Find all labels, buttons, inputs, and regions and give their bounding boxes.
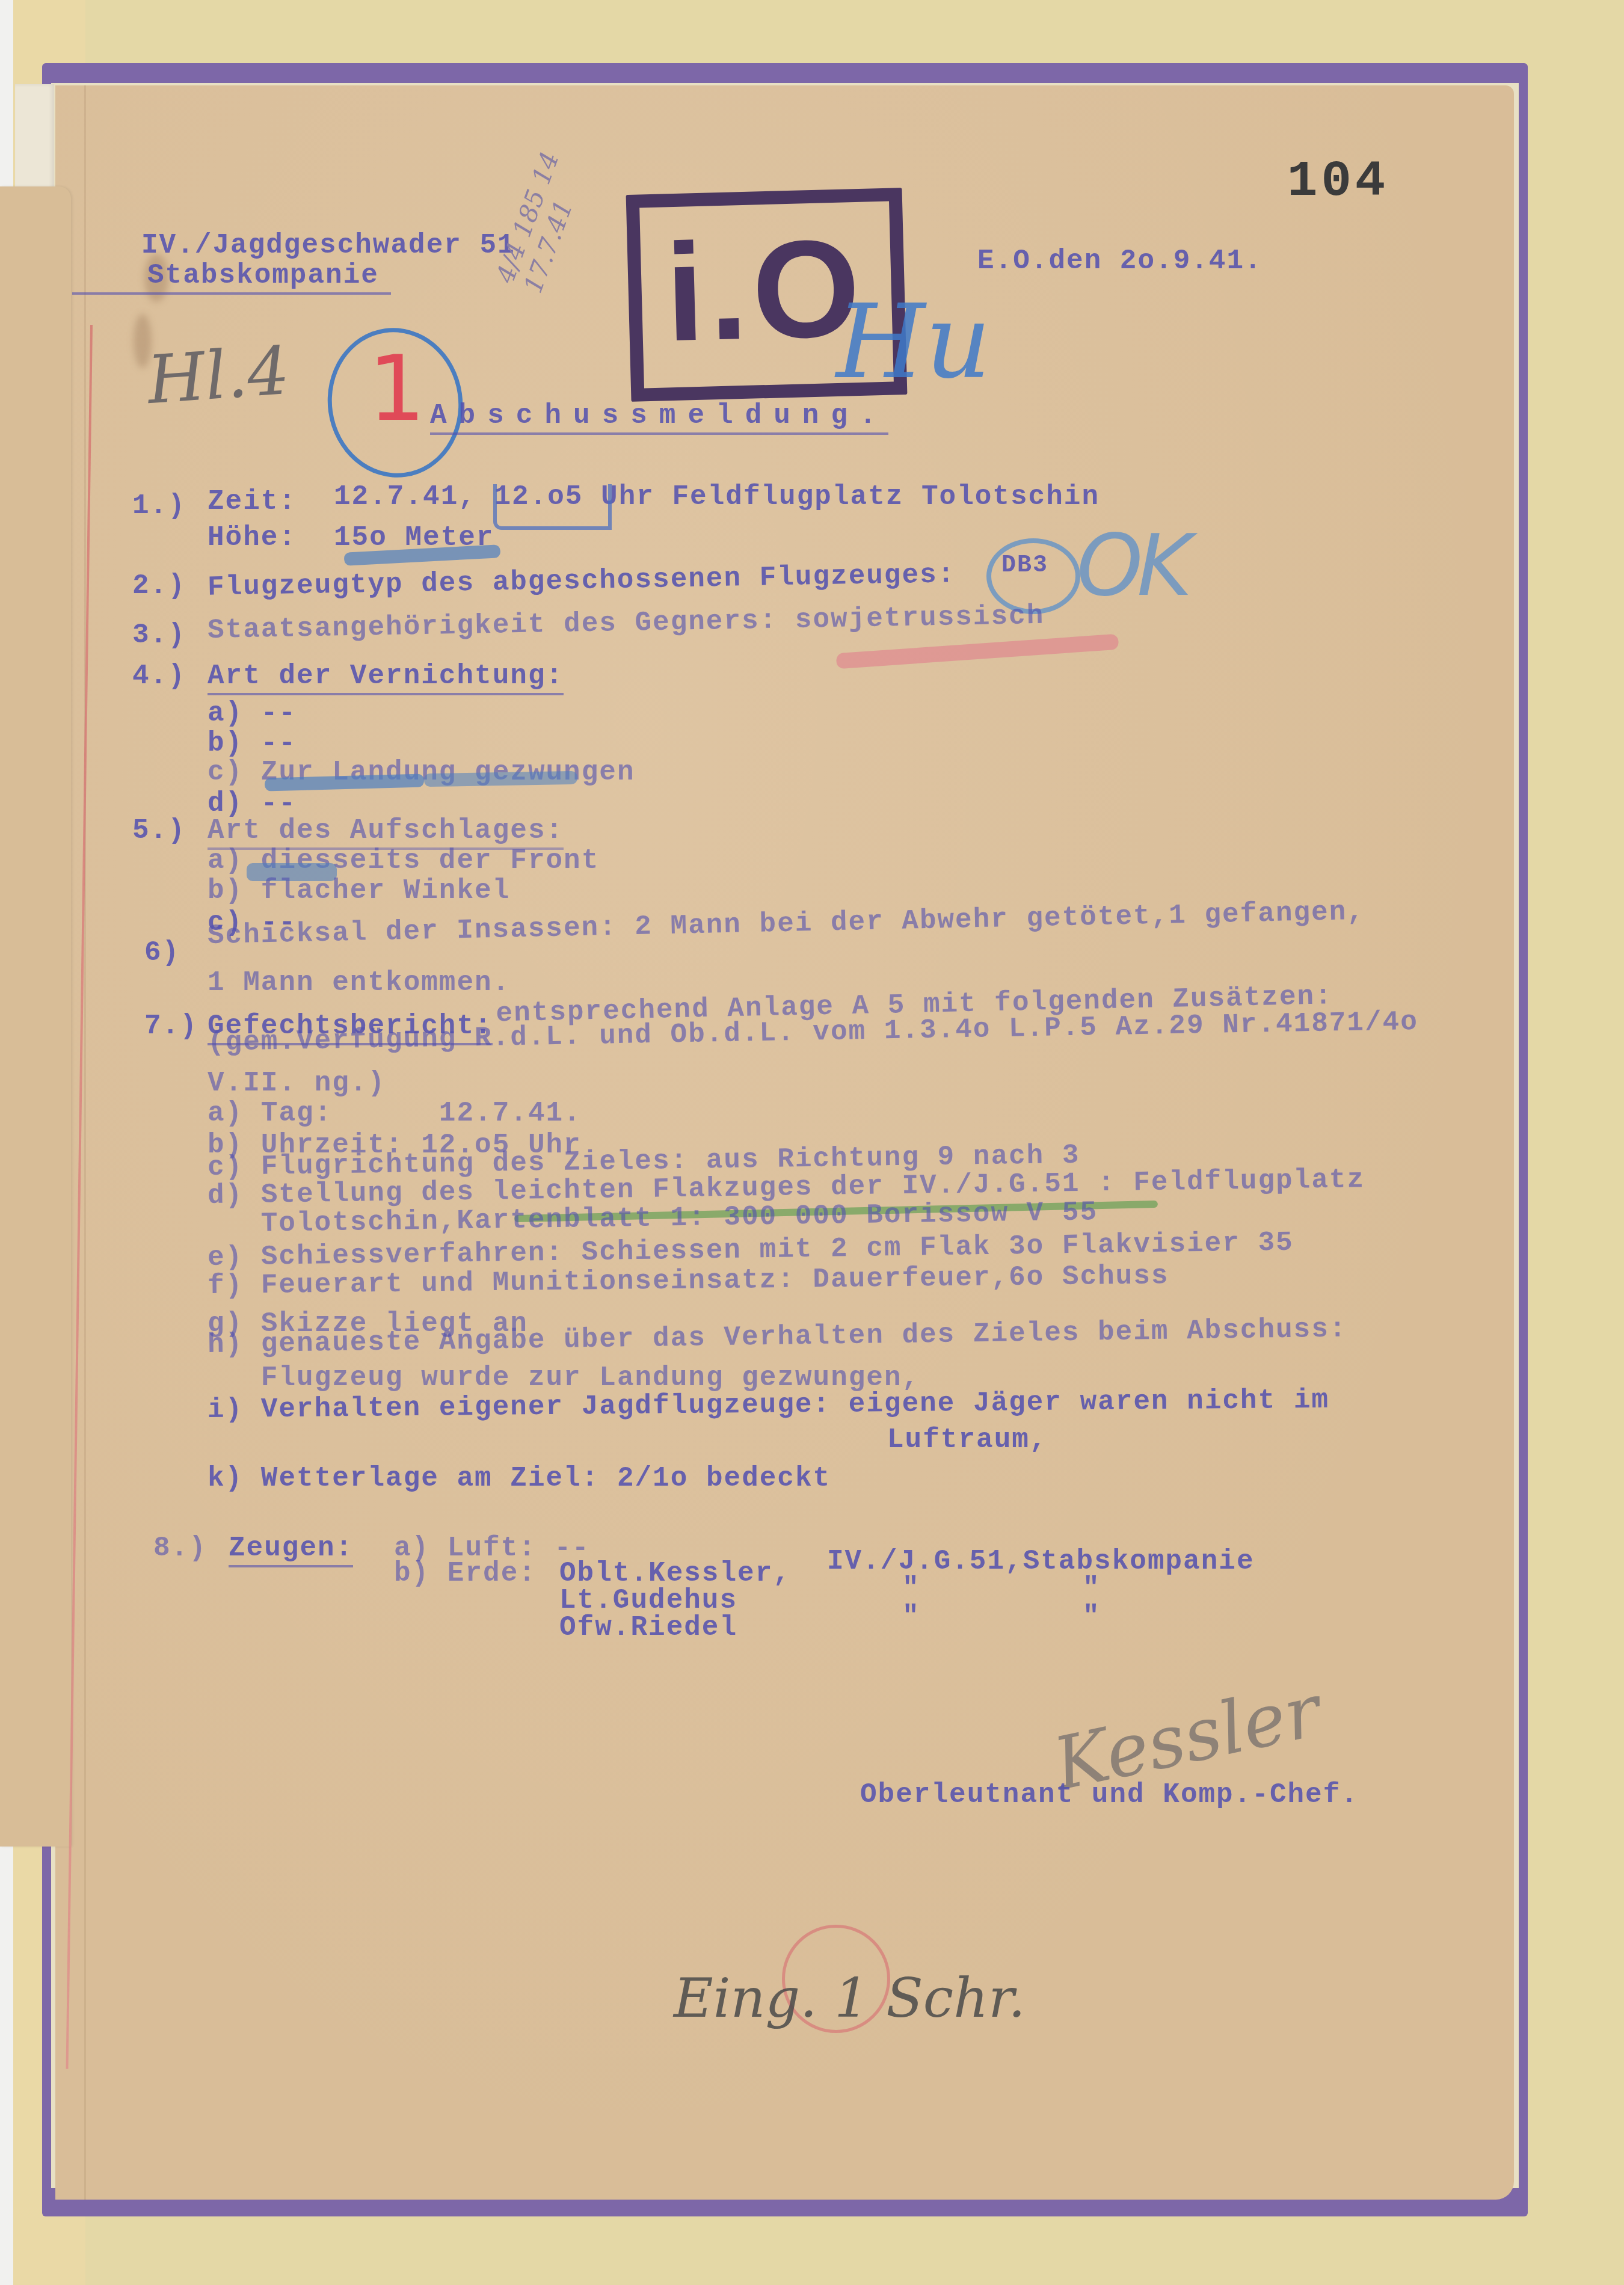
item-7-i-2: Luftraum, [887, 1424, 1047, 1456]
fold-line [84, 85, 86, 2200]
place-date: E.O.den 2o.9.41. [977, 245, 1263, 277]
item-6-line-2: 1 Mann entkommen. [208, 967, 510, 998]
item-5-number: 5.) [132, 815, 186, 846]
binding-tab [0, 186, 71, 1847]
unit-line-2: Stabskompanie [72, 260, 391, 295]
time-bracket-mark [493, 484, 612, 530]
item-6-number: 6) [144, 937, 180, 968]
item-1-value: 12.7.41, 12.o5 Uhr Feldflugplatz Tolotsc… [334, 481, 1100, 512]
blue-initials: Hu [836, 283, 991, 402]
witness-3-ditto-1: " [902, 1601, 920, 1632]
item-4-b: b) -- [208, 728, 297, 759]
page-number: 104 [1287, 153, 1389, 211]
item-8-b-label: b) Erde: [394, 1558, 537, 1589]
item-2-number: 2.) [132, 570, 186, 601]
unit-line-1: IV./Jagdgeschwader 51 [141, 230, 515, 261]
item-7-k: k) Wetterlage am Ziel: 2/1o bedeckt [208, 1463, 831, 1494]
witness-1-unit: IV./J.G.51,Stabskompanie [827, 1546, 1255, 1577]
folio-note: Hl.4 [145, 332, 292, 419]
item-1-sub-label: Höhe: [208, 522, 297, 553]
item-1-label: Zeit: [208, 486, 297, 517]
witness-3-ditto-2: " [1083, 1601, 1101, 1632]
red-number-mark: 1 [368, 337, 425, 441]
item-1-number: 1.) [132, 490, 186, 521]
item-8-heading: Zeugen: [229, 1533, 353, 1567]
witness-3-name: Ofw.Riedel [559, 1612, 737, 1643]
witness-2-ditto-1: " [902, 1573, 920, 1604]
ok-mark: OK [1077, 517, 1186, 615]
item-3-number: 3.) [132, 620, 186, 651]
item-8-number: 8.) [153, 1533, 207, 1564]
item-7-a: a) Tag: 12.7.41. [208, 1098, 582, 1129]
item-7-number: 7.) [144, 1010, 198, 1042]
forced-landing-underline-2 [424, 771, 577, 787]
item-7-line-3: V.II. ng.) [208, 1068, 386, 1099]
document-title: Abschussmeldung. [430, 400, 888, 435]
receipt-note: Eing. 1 Schr. [674, 1967, 1026, 2030]
item-4-a: a) -- [208, 698, 297, 729]
signature-title: Oberleutnant und Komp.-Chef. [860, 1779, 1359, 1810]
item-5-b: b) flacher Winkel [208, 875, 510, 906]
item-4-number: 4.) [132, 660, 186, 692]
witness-2-ditto-2: " [1083, 1573, 1101, 1604]
item-4-heading: Art der Vernichtung: [208, 660, 564, 695]
